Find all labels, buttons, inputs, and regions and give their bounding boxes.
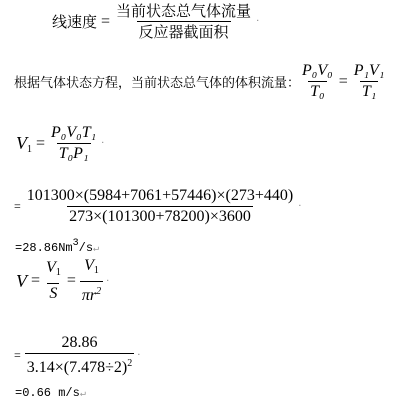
numerator: P₀V₀ xyxy=(300,62,335,81)
dot-mark: · xyxy=(106,276,109,287)
line-result-flow: =28.86Nm3/s↵ xyxy=(15,238,99,255)
line-v1-formula: V1 = P₀V₀T₁ T₀P₁ · xyxy=(16,124,104,163)
dot-mark: · xyxy=(101,138,104,149)
result-velocity-value: =0.66 m/s xyxy=(15,386,80,400)
denominator: 反应器截面积 xyxy=(137,21,231,41)
numerator: 101300×(5984+7061+57446)×(273+440) xyxy=(25,187,295,206)
numerator: P₁V₁ xyxy=(352,62,387,81)
gas-equation-text: 根据气体状态方程，当前状态总气体的体积流量： xyxy=(14,72,300,91)
equals-sign: = xyxy=(14,199,21,214)
line-numeric-substitution: = 101300×(5984+7061+57446)×(273+440) 273… xyxy=(14,187,301,226)
equals-sign: = xyxy=(339,73,348,91)
result-flow-value: =28.86Nm xyxy=(15,241,73,255)
numerator: 当前状态总气体流量 xyxy=(114,2,253,21)
fraction-v1-s: V1 S xyxy=(44,259,63,303)
equals-sign: = xyxy=(14,348,21,363)
line-velocity-formula: V = V1 S = V1 πr2 · xyxy=(16,257,109,305)
line-gas-state-equation: 根据气体状态方程，当前状态总气体的体积流量： P₀V₀ T₀ = P₁V₁ T₁ xyxy=(14,62,386,101)
dot-mark: · xyxy=(256,16,259,27)
lhs-v: V xyxy=(16,271,27,292)
fraction: 101300×(5984+7061+57446)×(273+440) 273×(… xyxy=(25,187,295,226)
fraction: 当前状态总气体流量 反应器截面积 xyxy=(114,2,253,41)
line-velocity-substitution: = 28.86 3.14×(7.478÷2)2 · xyxy=(14,334,140,377)
fraction-p1v1-t1: P₁V₁ T₁ xyxy=(352,62,387,101)
dot-mark: · xyxy=(298,201,301,212)
fraction: 28.86 3.14×(7.478÷2)2 xyxy=(25,334,134,377)
denominator: T₀P₁ xyxy=(57,143,91,163)
equals-sign: = xyxy=(36,135,45,153)
return-mark: ↵ xyxy=(93,244,99,255)
fraction: P₀V₀T₁ T₀P₁ xyxy=(49,124,98,163)
numerator: 28.86 xyxy=(60,334,100,353)
denominator: 273×(101300+78200)×3600 xyxy=(67,206,253,226)
denominator: T₀ xyxy=(308,81,326,101)
lhs-v1: V1 xyxy=(16,133,32,155)
equals-sign: = xyxy=(31,272,40,290)
dot-mark: · xyxy=(137,350,140,361)
equals-sign: = xyxy=(67,272,76,290)
equals-sign: = xyxy=(101,13,110,31)
lhs-linear-velocity: 线速度 xyxy=(52,11,97,32)
fraction-v1-pir2: V1 πr2 xyxy=(80,257,103,305)
numerator: P₀V₀T₁ xyxy=(49,124,98,143)
line-result-velocity: =0.66 m/s↵ xyxy=(15,386,86,400)
return-mark: ↵ xyxy=(80,389,86,400)
denominator: T₁ xyxy=(360,81,378,101)
line-velocity-definition: 线速度 = 当前状态总气体流量 反应器截面积 · xyxy=(52,2,259,41)
fraction-p0v0-t0: P₀V₀ T₀ xyxy=(300,62,335,101)
